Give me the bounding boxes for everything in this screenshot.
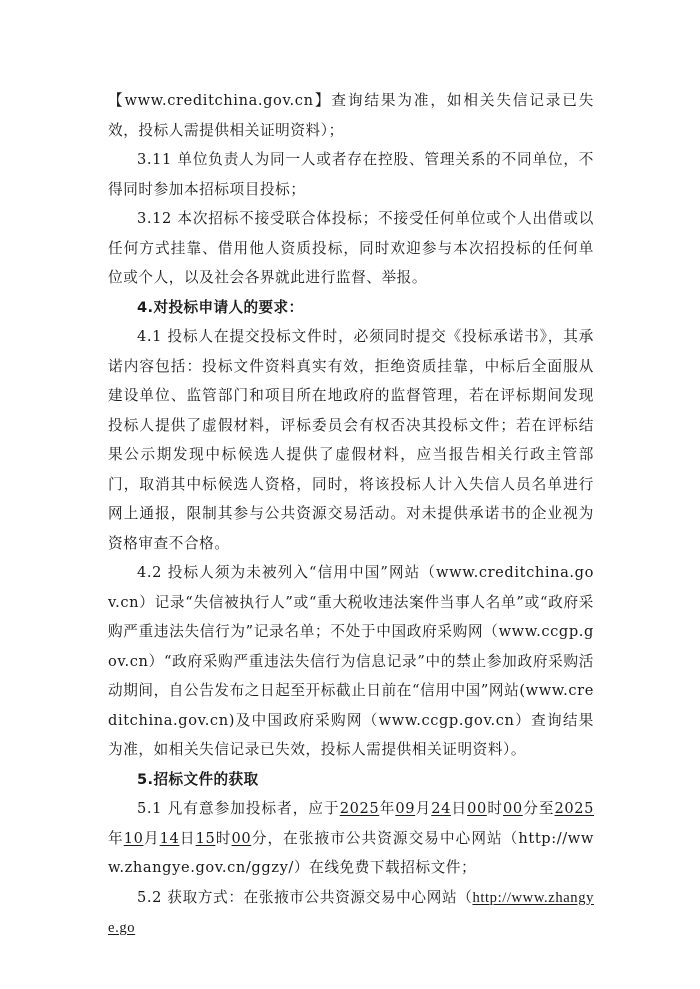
p52-prefix: 5.2 获取方式：在张掖市公共资源交易中心网站（ [137, 889, 472, 906]
end-day: 14 [160, 830, 180, 847]
paragraph-3-10-continuation: 【www.creditchina.gov.cn】查询结果为准，如相关失信记录已失… [108, 86, 594, 145]
start-day: 24 [431, 800, 451, 817]
start-day-unit: 日 [451, 800, 467, 817]
end-month: 10 [124, 830, 144, 847]
end-year-unit: 年 [108, 830, 124, 847]
end-day-unit: 日 [179, 830, 195, 847]
paragraph-3-11: 3.11 单位负责人为同一人或者存在控股、管理关系的不同单位，不得同时参加本招标… [108, 145, 594, 204]
end-hour-unit: 时 [215, 830, 231, 847]
p51-prefix: 5.1 凡有意参加投标者，应于 [137, 800, 340, 817]
end-minute: 00 [232, 830, 252, 847]
section-heading-4: 4.对投标申请人的要求： [108, 293, 594, 323]
paragraph-5-1: 5.1 凡有意参加投标者，应于2025年09月24日00时00分至2025年10… [108, 794, 594, 883]
start-minute-unit: 分至 [523, 800, 555, 817]
document-page: 【www.creditchina.gov.cn】查询结果为准，如相关失信记录已失… [108, 86, 594, 944]
start-hour: 00 [467, 800, 487, 817]
start-month: 09 [395, 800, 415, 817]
paragraph-5-2: 5.2 获取方式：在张掖市公共资源交易中心网站（http://www.zhang… [108, 883, 594, 944]
paragraph-4-2: 4.2 投标人须为未被列入“信用中国”网站（www.creditchina.go… [108, 558, 594, 765]
start-year: 2025 [340, 800, 380, 817]
start-year-unit: 年 [379, 800, 395, 817]
start-month-unit: 月 [415, 800, 431, 817]
end-hour: 15 [196, 830, 216, 847]
end-minute-unit: 分 [251, 830, 267, 847]
section-heading-5: 5.招标文件的获取 [108, 765, 594, 795]
end-year: 2025 [554, 800, 594, 817]
start-minute: 00 [503, 800, 523, 817]
paragraph-3-12: 3.12 本次招标不接受联合体投标；不接受任何单位或个人出借或以任何方式挂靠、借… [108, 204, 594, 293]
end-month-unit: 月 [143, 830, 159, 847]
paragraph-4-1: 4.1 投标人在提交投标文件时，必须同时提交《投标承诺书》，其承诺内容包括：投标… [108, 322, 594, 558]
start-hour-unit: 时 [487, 800, 503, 817]
